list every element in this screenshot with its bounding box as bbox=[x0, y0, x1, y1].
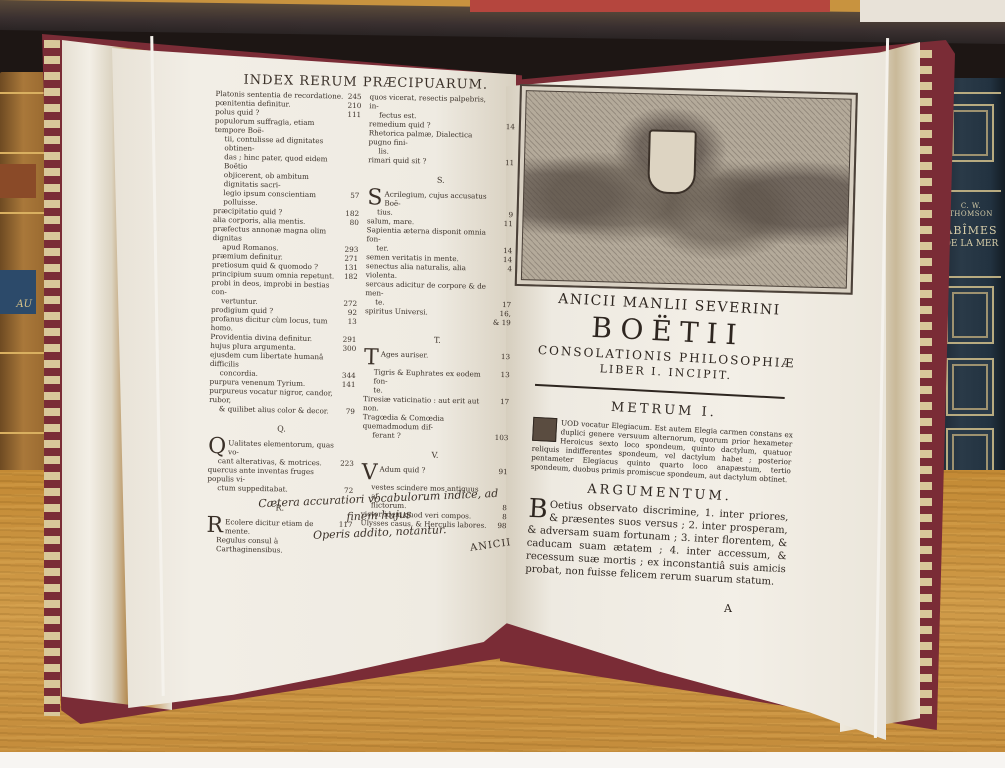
index-entry: & quilibet alius color & decor.79 bbox=[209, 404, 355, 416]
cover-border-decoration bbox=[44, 40, 60, 716]
index-page-number: 344 bbox=[338, 371, 356, 380]
argumentum-text: Oetius observato discrimine, 1. inter pr… bbox=[525, 500, 789, 588]
index-page-number bbox=[335, 468, 353, 486]
index-page-number: 141 bbox=[337, 380, 355, 389]
index-page-number: 111 bbox=[343, 110, 361, 119]
index-page-number bbox=[338, 353, 356, 371]
drop-cap: B bbox=[528, 498, 548, 521]
index-page-number: 4 bbox=[494, 264, 512, 282]
photo-scene: AU C. W. THOMSON ABÎMES DE LA MER INDEX … bbox=[0, 0, 1005, 768]
index-column-1: Platonis sententia de recordatione.245pœ… bbox=[206, 89, 362, 556]
index-entry: ferant ?103 bbox=[362, 430, 508, 442]
index-page-number: 223 bbox=[336, 459, 354, 468]
index-page-number: 92 bbox=[339, 308, 357, 317]
ornamental-initial-icon bbox=[532, 417, 557, 442]
coat-of-arms bbox=[647, 129, 697, 194]
index-letter-heading: S. bbox=[368, 174, 514, 186]
index-page-number bbox=[337, 389, 355, 407]
index-entry: spiritus Universi.16, & 19 bbox=[365, 306, 511, 327]
index-page-number: 17 bbox=[491, 397, 509, 415]
index-page-number bbox=[491, 415, 509, 433]
shelf-light-area bbox=[860, 0, 1005, 22]
index-page-number bbox=[342, 137, 360, 155]
index-page-number: 182 bbox=[341, 209, 359, 218]
index-page-number: 293 bbox=[340, 245, 358, 254]
drop-cap: R bbox=[206, 517, 223, 535]
index-page-number: 13 bbox=[339, 317, 357, 335]
index-entry-text: rimari quid sit ? bbox=[368, 155, 496, 167]
spine-panel bbox=[946, 286, 994, 344]
index-page-number: 14 bbox=[494, 255, 512, 264]
title-block: ANICII MANLII SEVERINI BOËTII CONSOLATIO… bbox=[525, 290, 800, 589]
index-entry-text: spiritus Universi. bbox=[365, 306, 493, 327]
index-page-number bbox=[494, 228, 512, 246]
index-entry-text: & quilibet alius color & decor. bbox=[219, 404, 337, 415]
spine-panel bbox=[946, 358, 994, 416]
index-page-number bbox=[342, 173, 360, 191]
index-page-number bbox=[497, 113, 515, 122]
index-page-number bbox=[497, 95, 515, 113]
index-page-number: 131 bbox=[340, 263, 358, 272]
spine-label-blue: AU bbox=[0, 270, 36, 314]
index-page-number: 11 bbox=[496, 158, 514, 167]
index-letter-heading: T. bbox=[364, 334, 510, 346]
index-page-number: 210 bbox=[343, 101, 361, 110]
index-page-number bbox=[491, 388, 509, 397]
red-book-above bbox=[470, 0, 830, 12]
signature-mark: A bbox=[724, 602, 732, 615]
metrum-paragraph: UOD vocatur Elegiacum. Est autem Elegia … bbox=[531, 417, 793, 485]
index-letter-heading: V. bbox=[362, 449, 508, 461]
index-page-number bbox=[495, 192, 513, 210]
index-page-number: 291 bbox=[338, 335, 356, 344]
index-page-number: 9 bbox=[495, 210, 513, 219]
index-page-number: 80 bbox=[341, 218, 359, 227]
metrum-text: UOD vocatur Elegiacum. Est autem Elegia … bbox=[531, 418, 793, 484]
index-page-number: 17 bbox=[493, 300, 511, 309]
index-page-number: 16, & 19 bbox=[493, 309, 511, 327]
index-page-number bbox=[336, 441, 354, 459]
drop-cap: S bbox=[367, 189, 382, 207]
index-entry: rimari quid sit ?11 bbox=[368, 155, 514, 167]
index-page-number: 300 bbox=[338, 344, 356, 353]
index-page-number bbox=[340, 227, 358, 245]
index-page-number: 11 bbox=[495, 219, 513, 228]
argumentum-paragraph: B Oetius observato discrimine, 1. inter … bbox=[525, 498, 789, 590]
index-page-number bbox=[343, 119, 361, 137]
drop-cap: V bbox=[361, 464, 377, 482]
index-letter-heading: Q. bbox=[208, 423, 354, 435]
index-entry-text: ferant ? bbox=[372, 430, 490, 441]
index-page-number: 272 bbox=[339, 299, 357, 308]
cover-border-decoration bbox=[918, 50, 932, 720]
index-page-number bbox=[496, 149, 514, 158]
horizontal-rule bbox=[535, 384, 785, 399]
index-page-number: 57 bbox=[341, 191, 359, 209]
index-page-number bbox=[342, 155, 360, 173]
index-page-number: 13 bbox=[491, 370, 509, 388]
spine-label-red bbox=[0, 164, 36, 198]
index-page-number: 13 bbox=[492, 352, 510, 370]
engraved-headpiece bbox=[515, 84, 858, 295]
index-page-number: 91 bbox=[489, 467, 507, 485]
spine-label-text: AU bbox=[16, 299, 32, 310]
drop-cap: Q bbox=[208, 438, 226, 456]
index-page-number bbox=[493, 282, 511, 300]
index-page-number: 14 bbox=[494, 246, 512, 255]
drop-cap: T bbox=[364, 349, 379, 367]
index-page-number bbox=[496, 131, 514, 149]
photo-border bbox=[0, 752, 1005, 768]
index-page-number: 79 bbox=[337, 407, 355, 416]
index-page-number: 103 bbox=[490, 433, 508, 442]
index-page-number: 271 bbox=[340, 254, 358, 263]
index-page-number bbox=[339, 281, 357, 299]
index-page-number: 182 bbox=[340, 272, 358, 281]
index-page-number: 245 bbox=[343, 92, 361, 101]
index-page-number: 14 bbox=[497, 122, 515, 131]
